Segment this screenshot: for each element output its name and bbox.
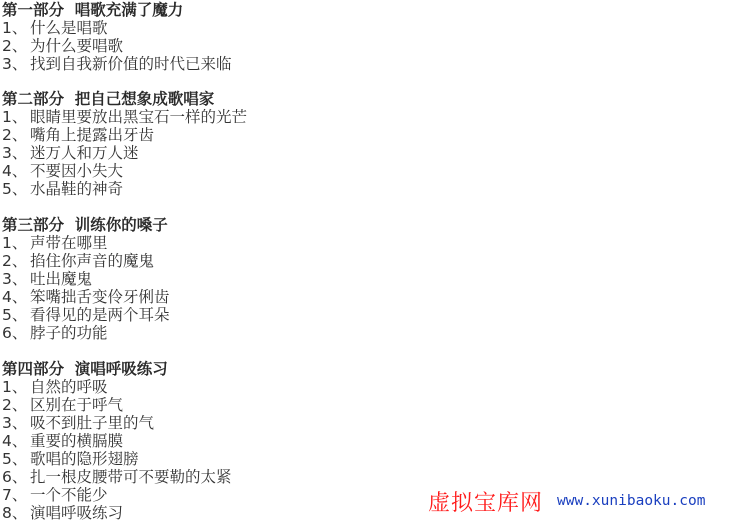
item-number: 4、 [2, 288, 30, 306]
item-text: 声带在哪里 [30, 234, 108, 252]
item-text: 演唱呼吸练习 [30, 504, 123, 522]
section-title: 第四部分 演唱呼吸练习 [2, 360, 232, 378]
list-item: 2、区别在于呼气 [2, 396, 232, 414]
item-number: 2、 [2, 126, 30, 144]
section-4: 第四部分 演唱呼吸练习 1、自然的呼吸 2、区别在于呼气 3、吸不到肚子里的气 … [2, 360, 232, 522]
list-item: 6、扎一根皮腰带可不要勒的太紧 [2, 468, 232, 486]
list-item: 7、一个不能少 [2, 486, 232, 504]
item-text: 掐住你声音的魔鬼 [30, 252, 154, 270]
list-item: 3、吸不到肚子里的气 [2, 414, 232, 432]
item-number: 7、 [2, 486, 30, 504]
item-text: 一个不能少 [30, 486, 108, 504]
item-number: 6、 [2, 468, 30, 486]
list-item: 2、嘴角上提露出牙齿 [2, 126, 247, 144]
item-text: 吸不到肚子里的气 [30, 414, 154, 432]
item-number: 3、 [2, 55, 30, 73]
item-text: 找到自我新价值的时代已来临 [30, 55, 232, 73]
list-item: 1、自然的呼吸 [2, 378, 232, 396]
item-number: 2、 [2, 37, 30, 55]
item-number: 6、 [2, 324, 30, 342]
section-2: 第二部分 把自己想象成歌唱家 1、眼睛里要放出黑宝石一样的光芒 2、嘴角上提露出… [2, 90, 247, 198]
watermark: 虚拟宝库网 www.xunibaoku.com [428, 486, 705, 516]
item-number: 5、 [2, 450, 30, 468]
list-item: 2、掐住你声音的魔鬼 [2, 252, 170, 270]
item-text: 什么是唱歌 [30, 19, 108, 37]
item-text: 看得见的是两个耳朵 [30, 306, 170, 324]
list-item: 1、声带在哪里 [2, 234, 170, 252]
list-item: 4、不要因小失大 [2, 162, 247, 180]
item-text: 扎一根皮腰带可不要勒的太紧 [30, 468, 232, 486]
item-text: 区别在于呼气 [30, 396, 123, 414]
list-item: 5、歌唱的隐形翅膀 [2, 450, 232, 468]
watermark-url: www.xunibaoku.com [557, 493, 705, 509]
item-number: 4、 [2, 432, 30, 450]
item-number: 5、 [2, 180, 30, 198]
item-text: 嘴角上提露出牙齿 [30, 126, 154, 144]
item-number: 3、 [2, 144, 30, 162]
item-number: 4、 [2, 162, 30, 180]
section-title: 第三部分 训练你的嗓子 [2, 216, 170, 234]
list-item: 4、重要的横膈膜 [2, 432, 232, 450]
list-item: 5、看得见的是两个耳朵 [2, 306, 170, 324]
list-item: 1、什么是唱歌 [2, 19, 232, 37]
item-number: 1、 [2, 108, 30, 126]
list-item: 5、水晶鞋的神奇 [2, 180, 247, 198]
item-text: 重要的横膈膜 [30, 432, 123, 450]
item-text: 眼睛里要放出黑宝石一样的光芒 [30, 108, 247, 126]
list-item: 1、眼睛里要放出黑宝石一样的光芒 [2, 108, 247, 126]
section-title: 第一部分 唱歌充满了魔力 [2, 1, 232, 19]
list-item: 3、吐出魔鬼 [2, 270, 170, 288]
item-text: 自然的呼吸 [30, 378, 108, 396]
item-text: 为什么要唱歌 [30, 37, 123, 55]
section-1: 第一部分 唱歌充满了魔力 1、什么是唱歌 2、为什么要唱歌 3、找到自我新价值的… [2, 1, 232, 73]
item-number: 5、 [2, 306, 30, 324]
item-number: 8、 [2, 504, 30, 522]
item-text: 水晶鞋的神奇 [30, 180, 123, 198]
item-text: 脖子的功能 [30, 324, 108, 342]
section-title: 第二部分 把自己想象成歌唱家 [2, 90, 247, 108]
item-number: 3、 [2, 414, 30, 432]
list-item: 6、脖子的功能 [2, 324, 170, 342]
item-text: 歌唱的隐形翅膀 [30, 450, 139, 468]
item-number: 3、 [2, 270, 30, 288]
item-number: 1、 [2, 234, 30, 252]
item-text: 不要因小失大 [30, 162, 123, 180]
item-number: 1、 [2, 19, 30, 37]
item-number: 2、 [2, 252, 30, 270]
item-number: 1、 [2, 378, 30, 396]
section-3: 第三部分 训练你的嗓子 1、声带在哪里 2、掐住你声音的魔鬼 3、吐出魔鬼 4、… [2, 216, 170, 342]
item-text: 笨嘴拙舌变伶牙俐齿 [30, 288, 170, 306]
list-item: 3、找到自我新价值的时代已来临 [2, 55, 232, 73]
item-text: 吐出魔鬼 [30, 270, 92, 288]
list-item: 3、迷万人和万人迷 [2, 144, 247, 162]
list-item: 4、笨嘴拙舌变伶牙俐齿 [2, 288, 170, 306]
item-text: 迷万人和万人迷 [30, 144, 139, 162]
item-number: 2、 [2, 396, 30, 414]
watermark-site-name: 虚拟宝库网 [428, 486, 543, 517]
list-item: 8、演唱呼吸练习 [2, 504, 232, 522]
list-item: 2、为什么要唱歌 [2, 37, 232, 55]
